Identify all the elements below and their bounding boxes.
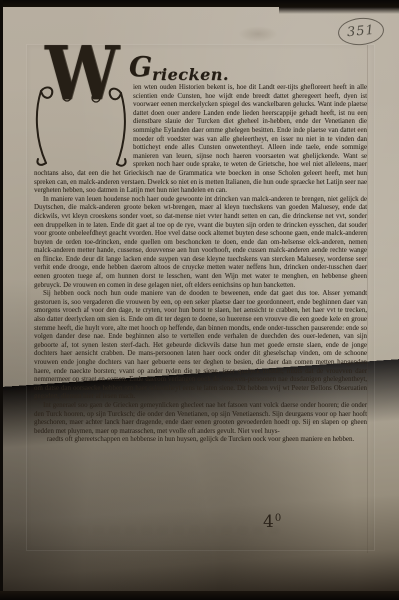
page-title: Griecken. [129,52,229,86]
body-text: W ien wten ouden Historien bekent is, ho… [34,84,367,445]
photo-edge-top [0,0,399,7]
drop-cap-letter: W [45,69,119,79]
paragraph-1: W ien wten ouden Historien bekent is, ho… [34,84,367,196]
closing-lines: raedts oft ghereetschappen en hebbense i… [34,436,367,445]
annotation-number: 351 [346,23,375,40]
photo-edge-bottom [0,591,399,600]
paragraph-3: Sij hebben oock noch hun oude maniere va… [34,290,367,402]
photo-edge-top-right [279,7,399,14]
paragraph-2: In maniere van leuen houdense noch haer … [34,196,367,291]
book-page-scan: 351 Griecken. [0,0,399,600]
paper-stain [238,26,278,42]
page-crease [367,45,368,553]
show-through-text [62,527,282,534]
title-text: riecken. [152,65,229,84]
ornate-drop-cap: W [34,85,128,167]
photo-edge-left [0,0,3,600]
title-ornate-initial: G [129,52,152,83]
paragraph-4: Int generael soo gaen de Griecken gemeyn… [34,402,367,436]
folio-digit: 0 [275,513,281,524]
